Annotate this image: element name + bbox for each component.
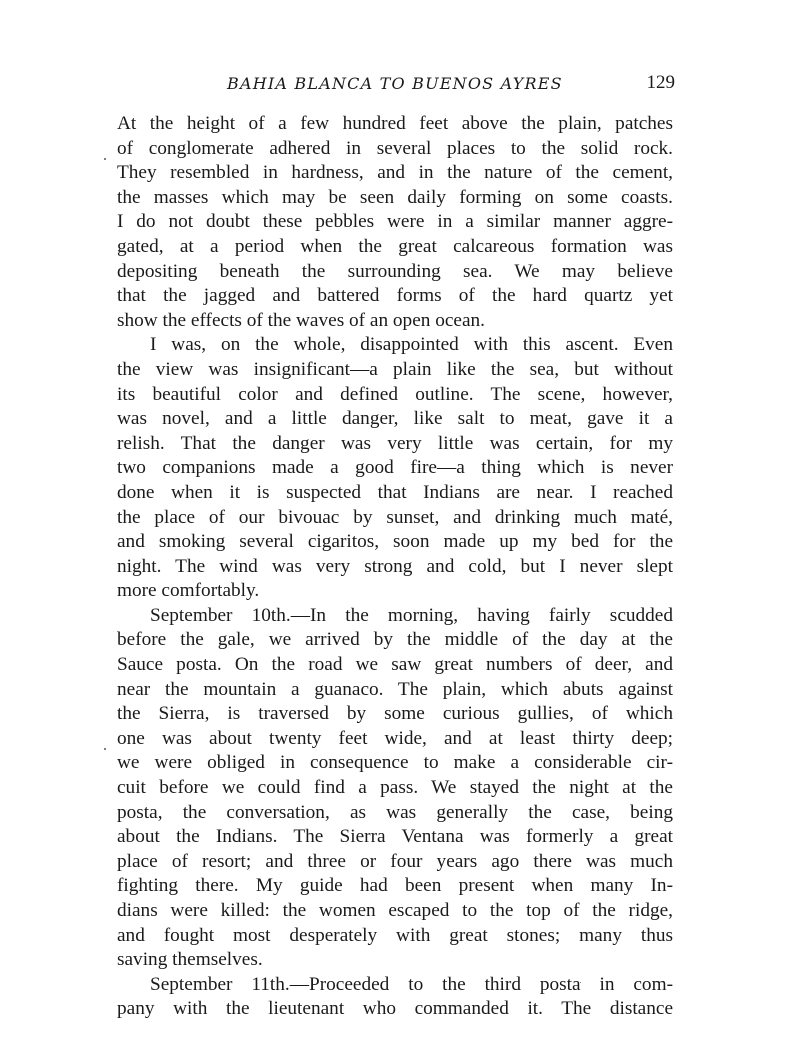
text-line: show the effects of the waves of an open… (117, 309, 673, 334)
paragraph: September 11th.—Proceeded to the third p… (117, 973, 673, 1022)
running-title: BAHIA BLANCA TO BUENOS AYRES (227, 74, 563, 93)
text-line: They resembled in hardness, and in the n… (117, 161, 673, 186)
text-line: gated, at a period when the great calcar… (117, 235, 673, 260)
page-number: 129 (647, 72, 676, 94)
book-page: BAHIA BLANCA TO BUENOS AYRES 129 At the … (0, 0, 800, 1050)
text-line: saving themselves. (117, 948, 673, 973)
text-line: At the height of a few hundred feet abov… (117, 112, 673, 137)
text-line: we were obliged in consequence to make a… (117, 751, 673, 776)
text-line: pany with the lieutenant who commanded i… (117, 997, 673, 1022)
text-line: that the jagged and battered forms of th… (117, 284, 673, 309)
text-line: before the gale, we arrived by the middl… (117, 628, 673, 653)
text-line: relish. That the danger was very little … (117, 432, 673, 457)
text-line: near the mountain a guanaco. The plain, … (117, 678, 673, 703)
scan-speck (104, 748, 106, 750)
text-line: was novel, and a little danger, like sal… (117, 407, 673, 432)
text-line: its beautiful color and defined outline.… (117, 383, 673, 408)
text-line: and fought most desperately with great s… (117, 924, 673, 949)
text-line: fighting there. My guide had been presen… (117, 874, 673, 899)
text-line: night. The wind was very strong and cold… (117, 555, 673, 580)
text-line: the view was insignificant—a plain like … (117, 358, 673, 383)
text-line: September 11th.—Proceeded to the third p… (117, 973, 673, 998)
text-line: I do not doubt these pebbles were in a s… (117, 210, 673, 235)
scan-speck (580, 982, 581, 983)
paragraph: September 10th.—In the morning, having f… (117, 604, 673, 973)
text-line: posta, the conversation, as was generall… (117, 801, 673, 826)
text-line: more comfortably. (117, 579, 673, 604)
text-line: Sauce posta. On the road we saw great nu… (117, 653, 673, 678)
paragraph: I was, on the whole, disappointed with t… (117, 333, 673, 604)
body-text: At the height of a few hundred feet abov… (117, 112, 673, 1022)
text-line: I was, on the whole, disappointed with t… (117, 333, 673, 358)
text-line: the place of our bivouac by sunset, and … (117, 506, 673, 531)
paragraph: At the height of a few hundred feet abov… (117, 112, 673, 333)
text-line: two companions made a good fire—a thing … (117, 456, 673, 481)
text-line: depositing beneath the surrounding sea. … (117, 260, 673, 285)
text-line: the Sierra, is traversed by some curious… (117, 702, 673, 727)
running-head: BAHIA BLANCA TO BUENOS AYRES 129 (117, 74, 675, 100)
text-line: the masses which may be seen daily formi… (117, 186, 673, 211)
text-line: done when it is suspected that Indians a… (117, 481, 673, 506)
text-line: dians were killed: the women escaped to … (117, 899, 673, 924)
text-line: one was about twenty feet wide, and at l… (117, 727, 673, 752)
text-line: cuit before we could find a pass. We sta… (117, 776, 673, 801)
scan-speck (104, 158, 106, 160)
text-line: of conglomerate adhered in several place… (117, 137, 673, 162)
text-line: place of resort; and three or four years… (117, 850, 673, 875)
text-line: September 10th.—In the morning, having f… (117, 604, 673, 629)
text-line: and smoking several cigaritos, soon made… (117, 530, 673, 555)
text-line: about the Indians. The Sierra Ventana wa… (117, 825, 673, 850)
